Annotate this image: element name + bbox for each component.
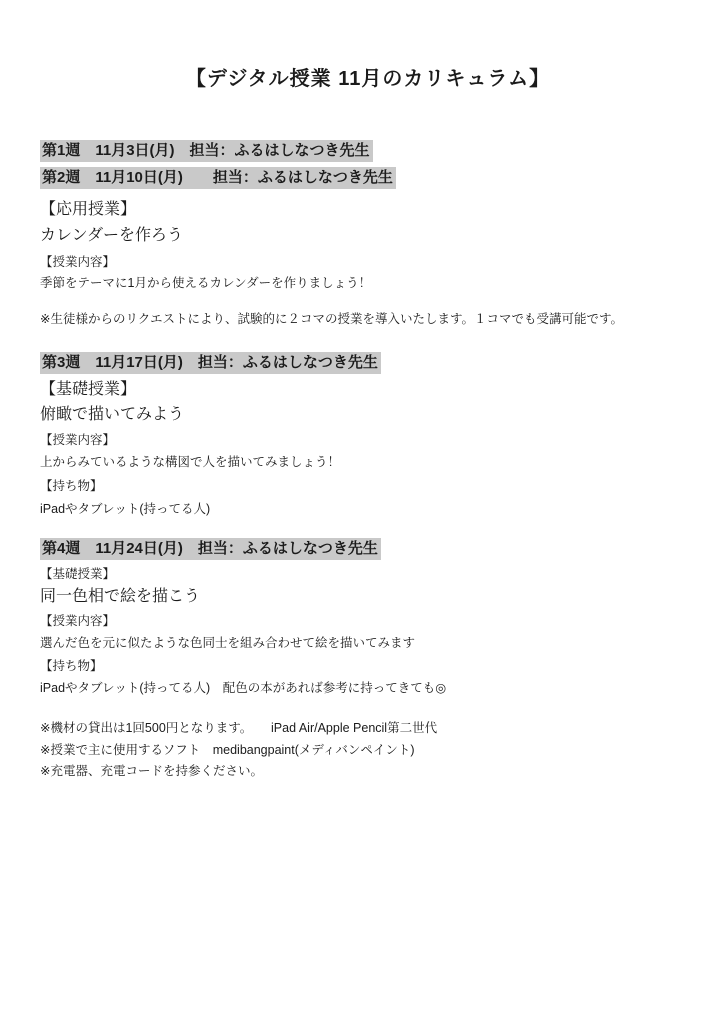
week3-content-text: 上からみているような構図で人を描いてみましょう！ — [40, 453, 696, 471]
page-title: 【デジタル授業 11月のカリキュラム】 — [40, 64, 696, 94]
footnote-rental: ※機材の貸出は1回500円となります。 iPad Air/Apple Penci… — [40, 719, 696, 737]
week2-lesson-type-label: 【応用授業】 — [40, 199, 696, 221]
week4-lesson-type-label: 【基礎授業】 — [40, 565, 696, 583]
week3-lesson-theme: 俯瞰で描いてみよう — [40, 404, 696, 426]
week3-items-text: iPadやタブレット(持ってる人) — [40, 500, 696, 518]
week3-lesson-type-label: 【基礎授業】 — [40, 379, 696, 401]
footnote-software: ※授業で主に使用するソフト medibangpaint(メディバンペイント) — [40, 741, 696, 759]
footnote-charger: ※充電器、充電コードを持参ください。 — [40, 762, 696, 780]
week4-lesson-theme: 同一色相で絵を描こう — [40, 586, 696, 608]
week3-items-label: 【持ち物】 — [40, 477, 696, 495]
week4-items-label: 【持ち物】 — [40, 657, 696, 675]
week3-header: 第3週 11月17日(月) 担当：ふるはしなつき先生 — [40, 352, 381, 374]
week2-content-label: 【授業内容】 — [40, 253, 696, 271]
week4-content-text: 選んだ色を元に似たような色同士を組み合わせて絵を描いてみます — [40, 634, 696, 652]
week1-header-line: 第1週 11月3日(月) 担当：ふるはしなつき先生 — [40, 140, 696, 162]
notice-text: ※生徒様からのリクエストにより、試験的に２コマの授業を導入いたします。１コマでも… — [40, 310, 696, 328]
week2-header: 第2週 11月10日(月) 担当：ふるはしなつき先生 — [40, 167, 396, 189]
week4-header-line: 第4週 11月24日(月) 担当：ふるはしなつき先生 — [40, 538, 696, 560]
week4-content-label: 【授業内容】 — [40, 612, 696, 630]
week2-header-line: 第2週 11月10日(月) 担当：ふるはしなつき先生 — [40, 167, 696, 189]
week4-header: 第4週 11月24日(月) 担当：ふるはしなつき先生 — [40, 538, 381, 560]
week3-header-line: 第3週 11月17日(月) 担当：ふるはしなつき先生 — [40, 352, 696, 374]
week2-lesson-theme: カレンダーを作ろう — [40, 225, 696, 247]
week2-content-text: 季節をテーマに1月から使えるカレンダーを作りましょう！ — [40, 274, 696, 292]
document-page: 【デジタル授業 11月のカリキュラム】 第1週 11月3日(月) 担当：ふるはし… — [0, 0, 726, 1024]
week1-header: 第1週 11月3日(月) 担当：ふるはしなつき先生 — [40, 140, 373, 162]
document-content: 【デジタル授業 11月のカリキュラム】 第1週 11月3日(月) 担当：ふるはし… — [0, 0, 726, 780]
week4-items-text: iPadやタブレット(持ってる人) 配色の本があれば参考に持ってきても◎ — [40, 679, 696, 697]
week3-content-label: 【授業内容】 — [40, 431, 696, 449]
